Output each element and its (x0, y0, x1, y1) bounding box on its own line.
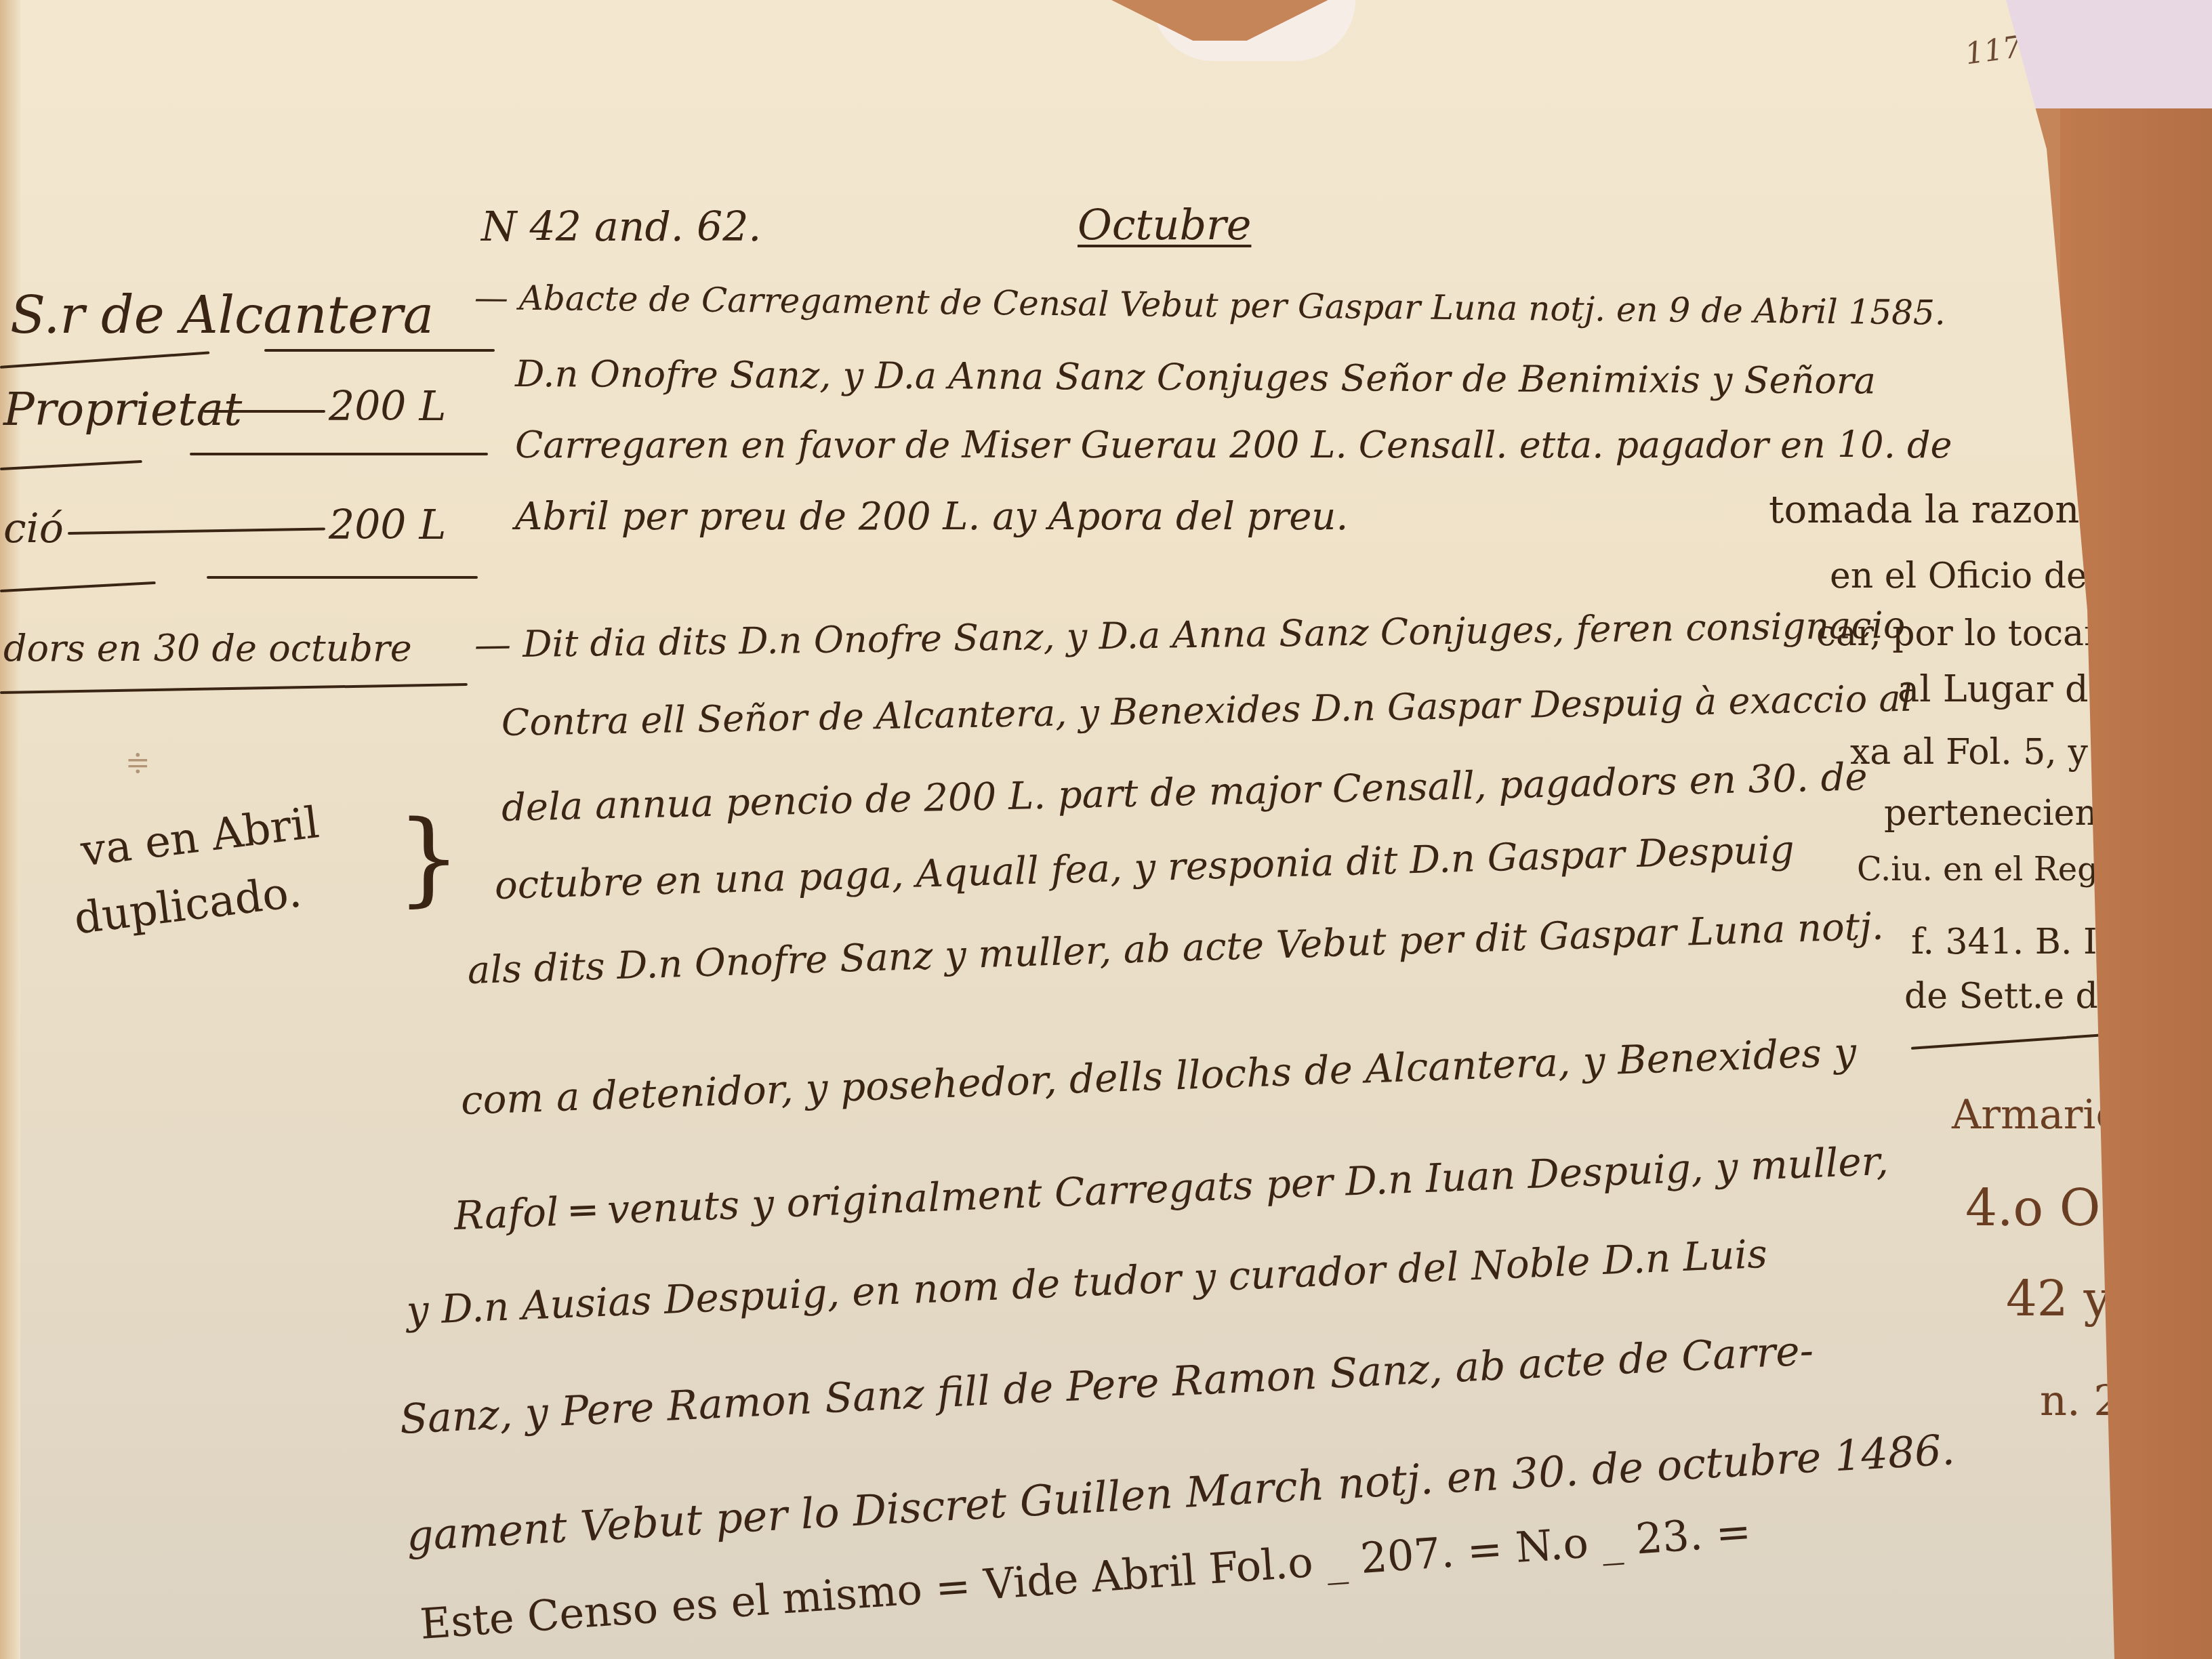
ledger-rule (264, 349, 495, 352)
ledger-value-pencio: 200 L (329, 501, 446, 549)
ledger-value-propietat: 200 L (329, 383, 446, 430)
month-heading: Octubre (1078, 200, 1251, 249)
margin-title: S.r de Alcantera (10, 285, 434, 345)
ledger-rule (207, 576, 478, 579)
right-note-rule (1911, 1033, 2114, 1050)
body-line-5: — Dit dia dits D.n Onofre Sanz, y D.a An… (474, 604, 1906, 666)
entry-reference: N 42 and. 62. (481, 203, 761, 251)
manuscript-page: 117 N 42 and. 62. Octubre S.r de Alcante… (0, 0, 2114, 1659)
page-binding-edge (0, 0, 20, 1659)
ledger-rule (0, 581, 156, 592)
body-line-4: Abril per preu de 200 L. ay Apora del pr… (515, 495, 1348, 539)
body-line-11: Rafol ═ venuts y originalment Carregats … (453, 1138, 1889, 1239)
archive-number: 42 y (2006, 1271, 2111, 1328)
margin-note-duplicado: duplicado. (71, 867, 304, 944)
body-line-7: dela annua pencio de 200 L. part de majo… (501, 755, 1868, 830)
body-line-1: — Abacte de Carregament de Censal Vebut … (474, 278, 1946, 333)
margin-brace: } (396, 800, 461, 918)
body-line-9: als dits D.n Onofre Sanz y muller, ab ac… (467, 904, 1884, 993)
right-note-line-3: car, por lo tocan (1816, 613, 2107, 654)
body-line-2: D.n Onofre Sanz, y D.a Anna Sanz Conjuge… (515, 352, 1876, 403)
margin-note-abril: va en Abril (78, 798, 321, 876)
body-line-3: Carregaren en favor de Miser Guerau 200 … (515, 424, 1952, 466)
ledger-dash (68, 527, 325, 535)
body-line-10: com a detenidor, y posehedor, dells lloc… (460, 1029, 1857, 1124)
page-number: 117 (1963, 30, 2024, 72)
body-line-12: y D.n Ausias Despuig, en nom de tudor y … (406, 1231, 1768, 1334)
archive-label: Armario (1952, 1091, 2121, 1139)
ledger-rule (0, 351, 209, 369)
body-line-8: octubre en una paga, Aquall fea, y respo… (494, 827, 1795, 908)
ledger-rule (0, 683, 468, 694)
right-note-line-1: tomada la razon (1769, 488, 2079, 532)
ledger-dash (203, 410, 325, 413)
ink-blot-mark: ≑ (125, 745, 150, 780)
page-damage-hole (1152, 0, 1355, 61)
ledger-rule (190, 453, 488, 455)
body-line-13: Sanz, y Pere Ramon Sanz fill de Pere Ram… (398, 1327, 1814, 1443)
ledger-rule (0, 460, 142, 470)
ledger-label-pencio: ció (3, 505, 64, 552)
body-line-6: Contra ell Señor de Alcantera, y Benexid… (501, 677, 1912, 744)
ledger-label-pagadors: dors en 30 de octubre (3, 627, 412, 670)
